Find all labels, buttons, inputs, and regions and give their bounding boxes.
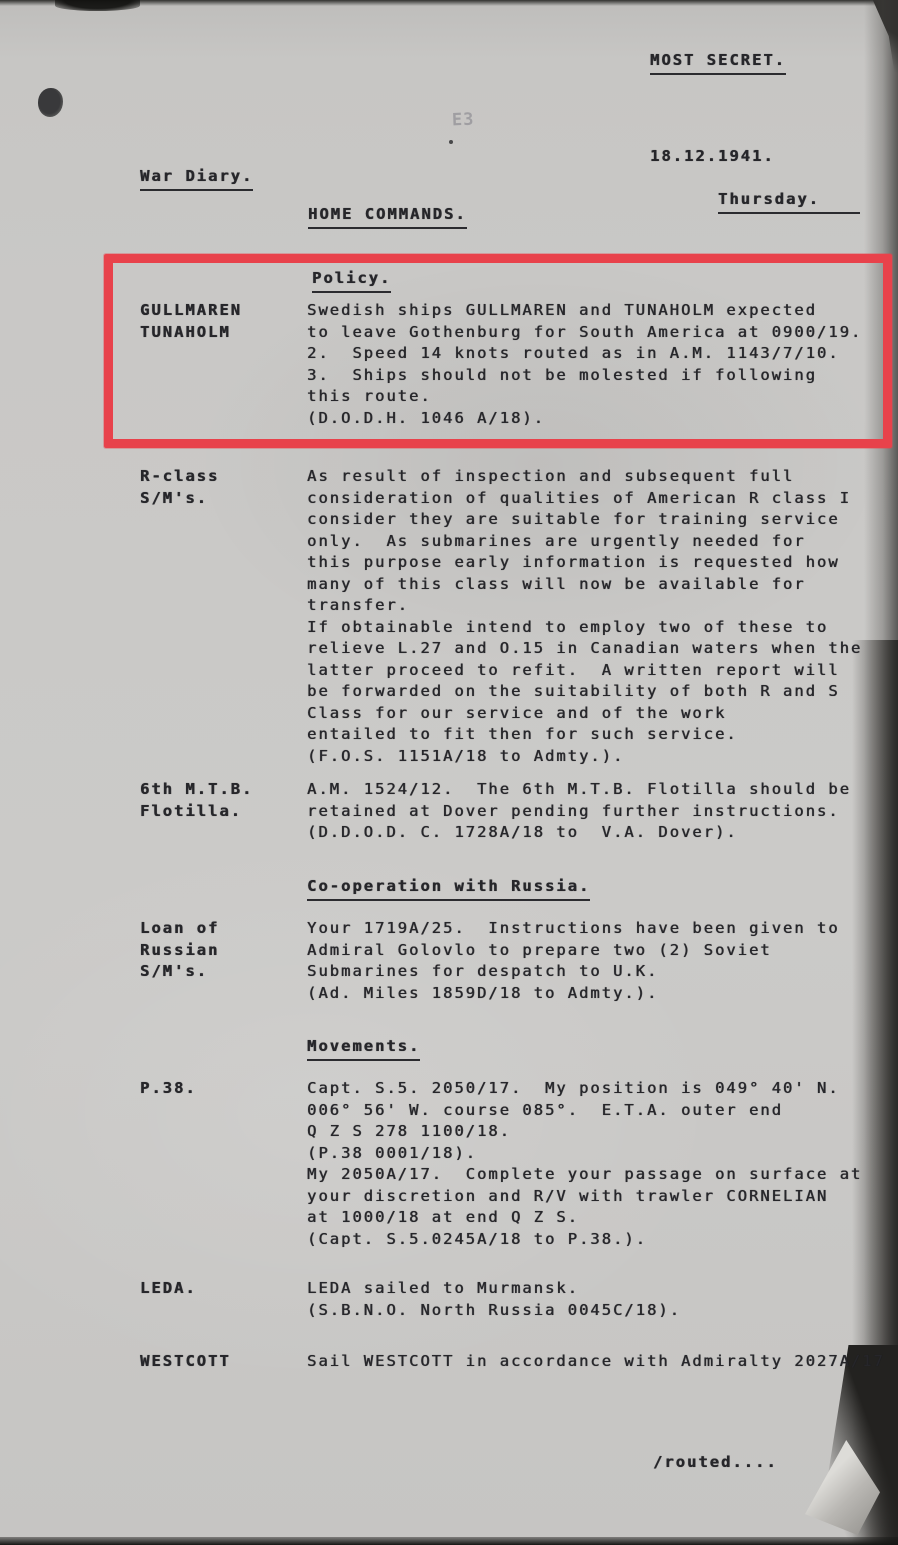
entry-label-line: LEDA. xyxy=(140,1278,197,1300)
label-col: R-classS/M's. xyxy=(140,466,219,509)
entry-body-line: retained at Dover pending further instru… xyxy=(307,801,851,823)
entry-body-line: relieve L.27 and O.15 in Canadian waters… xyxy=(307,638,862,660)
label-col: GULLMARENTUNAHOLM xyxy=(140,300,242,343)
entry-body-line: (Capt. S.5.0245A/18 to P.38.). xyxy=(307,1229,862,1251)
faint-stamp: E3 xyxy=(452,110,475,131)
label-col: P.38. xyxy=(140,1078,197,1100)
body-col: LEDA sailed to Murmansk.(S.B.N.O. North … xyxy=(307,1278,681,1321)
entry-body-line: LEDA sailed to Murmansk. xyxy=(307,1278,681,1300)
body-col: As result of inspection and subsequent f… xyxy=(307,466,862,767)
entry-body-line: Class for our service and of the work xyxy=(307,703,862,725)
entry-body-line: be forwarded on the suitability of both … xyxy=(307,681,862,703)
entry-body-line: Sail WESTCOTT in accordance with Admiral… xyxy=(307,1351,885,1373)
entry-body-line: (S.B.N.O. North Russia 0045C/18). xyxy=(307,1300,681,1322)
entry-body-line: consideration of qualities of American R… xyxy=(307,488,862,510)
scan-bottom-edge xyxy=(0,1537,898,1545)
entry-label-line: TUNAHOLM xyxy=(140,322,242,344)
heading-home-commands: HOME COMMANDS. xyxy=(308,204,467,229)
entry-body-line: many of this class will now be available… xyxy=(307,574,862,596)
entry-body-line: (F.O.S. 1151A/18 to Admty.). xyxy=(307,746,862,768)
war-diary-title: War Diary. xyxy=(140,166,253,191)
classification-text: MOST SECRET. xyxy=(650,50,786,75)
heading-co-operation: Co-operation with Russia. xyxy=(307,876,590,901)
entry-body-line: latter proceed to refit. A written repor… xyxy=(307,660,862,682)
label-col: Loan ofRussianS/M's. xyxy=(140,918,219,983)
war-diary-page: E3 MOST SECRET. War Diary. 18.12.1941. T… xyxy=(0,0,898,1545)
body-col: Capt. S.5. 2050/17. My position is 049° … xyxy=(307,1078,862,1250)
entry-body-line: 2. Speed 14 knots routed as in A.M. 1143… xyxy=(307,343,862,365)
label-col: LEDA. xyxy=(140,1278,197,1300)
entry-body-line: If obtainable intend to employ two of th… xyxy=(307,617,862,639)
entry-label-line: GULLMAREN xyxy=(140,300,242,322)
entry-body-line: (Ad. Miles 1859D/18 to Admty.). xyxy=(307,983,840,1005)
label-col: 6th M.T.B.Flotilla. xyxy=(140,779,253,822)
day-line: Thursday. xyxy=(650,168,860,190)
label-col: WESTCOTT xyxy=(140,1351,231,1373)
entry-body-line: 006° 56' W. course 085°. E.T.A. outer en… xyxy=(307,1100,862,1122)
entry-body-line: Swedish ships GULLMAREN and TUNAHOLM exp… xyxy=(307,300,862,322)
entry-label-line: 6th M.T.B. xyxy=(140,779,253,801)
entry-body-line: this route. xyxy=(307,386,862,408)
entry-label-line: WESTCOTT xyxy=(140,1351,231,1373)
entry-label-line: Russian xyxy=(140,940,219,962)
body-col: A.M. 1524/12. The 6th M.T.B. Flotilla sh… xyxy=(307,779,851,844)
scan-top-edge-blob xyxy=(55,0,140,11)
entry-label-line: Flotilla. xyxy=(140,801,253,823)
entry-body-line: As result of inspection and subsequent f… xyxy=(307,466,862,488)
entry-body-line: transfer. xyxy=(307,595,862,617)
entry-label-line: P.38. xyxy=(140,1078,197,1100)
heading-movements: Movements. xyxy=(307,1036,420,1061)
body-col: Swedish ships GULLMAREN and TUNAHOLM exp… xyxy=(307,300,862,429)
entry-body-line: at 1000/18 at end Q Z S. xyxy=(307,1207,862,1229)
entry-body-line: entailed to fit then for such service. xyxy=(307,724,862,746)
entry-body-line: this purpose early information is reques… xyxy=(307,552,862,574)
entry-body-line: A.M. 1524/12. The 6th M.T.B. Flotilla sh… xyxy=(307,779,851,801)
entry-body-line: your discretion and R/V with trawler COR… xyxy=(307,1186,862,1208)
hole-punch xyxy=(38,88,63,117)
entry-body-line: Submarines for despatch to U.K. xyxy=(307,961,840,983)
entry-label-line: R-class xyxy=(140,466,219,488)
entry-body-line: to leave Gothenburg for South America at… xyxy=(307,322,862,344)
body-col: Your 1719A/25. Instructions have been gi… xyxy=(307,918,840,1004)
ink-speck xyxy=(449,140,453,144)
entry-body-line: (D.O.D.H. 1046 A/18). xyxy=(307,408,862,430)
entry-body-line: 3. Ships should not be molested if follo… xyxy=(307,365,862,387)
entry-body-line: only. As submarines are urgently needed … xyxy=(307,531,862,553)
date-block: 18.12.1941. Thursday. xyxy=(650,146,860,189)
entry-body-line: (D.D.O.D. C. 1728A/18 to V.A. Dover). xyxy=(307,822,851,844)
entry-label-line: S/M's. xyxy=(140,488,219,510)
entry-body-line: Your 1719A/25. Instructions have been gi… xyxy=(307,918,840,940)
entry-body-line: Q Z S 278 1100/18. xyxy=(307,1121,862,1143)
entry-body-line: Admiral Golovlo to prepare two (2) Sovie… xyxy=(307,940,840,962)
date-line: 18.12.1941. xyxy=(650,146,860,168)
entry-label-line: Loan of xyxy=(140,918,219,940)
continuation-marker: /routed.... xyxy=(653,1452,778,1474)
entry-label-line: S/M's. xyxy=(140,961,219,983)
entry-body-line: (P.38 0001/18). xyxy=(307,1143,862,1165)
entry-body-line: consider they are suitable for training … xyxy=(307,509,862,531)
entry-body-line: My 2050A/17. Complete your passage on su… xyxy=(307,1164,862,1186)
classification-stamp: MOST SECRET. xyxy=(650,50,786,75)
entry-body-line: Capt. S.5. 2050/17. My position is 049° … xyxy=(307,1078,862,1100)
body-col: Sail WESTCOTT in accordance with Admiral… xyxy=(307,1351,885,1373)
